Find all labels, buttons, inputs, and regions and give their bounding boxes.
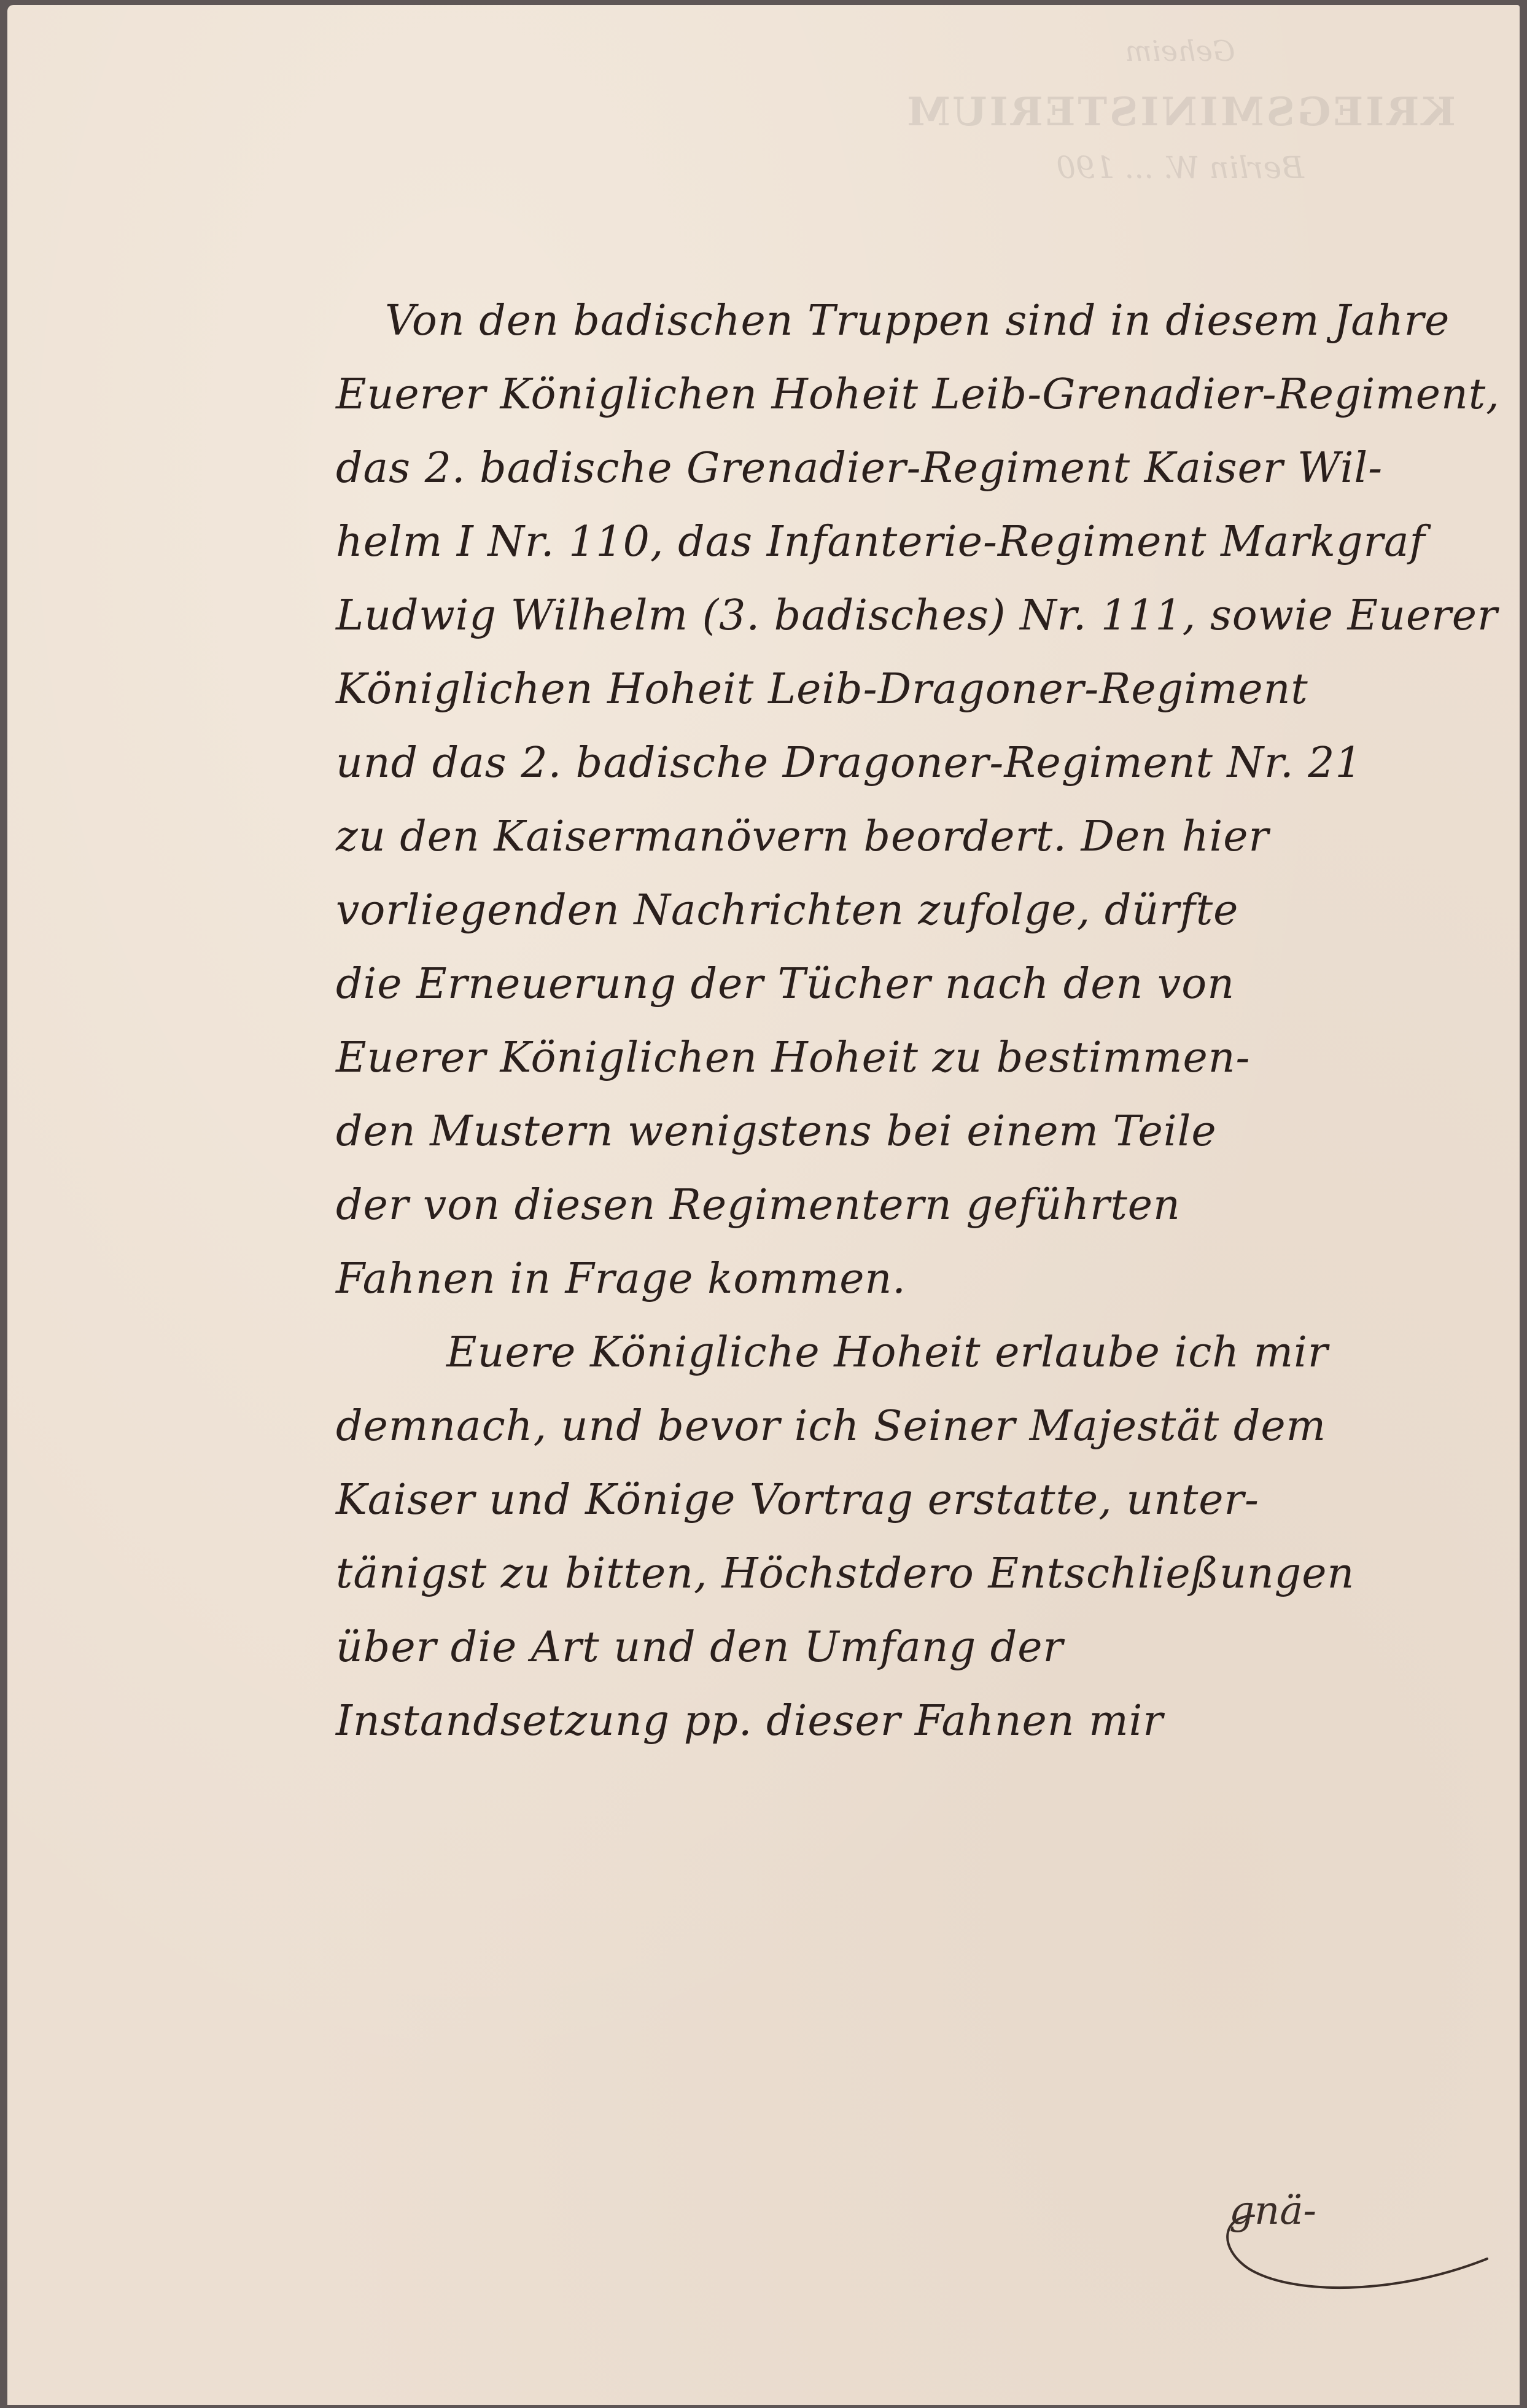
body-line-10: die Erneuerung der Tücher nach den von <box>336 948 1521 1021</box>
bleed-ministry-name: KRIEGSMINISTERIUM <box>904 85 1456 140</box>
catchword-swash-icon <box>1211 2210 1493 2296</box>
body-line-8: zu den Kaisermanövern beordert. Den hier <box>336 800 1521 874</box>
body-line-11: Euerer Königlichen Hoheit zu bestimmen- <box>336 1021 1521 1095</box>
body-line-12: den Mustern wenigstens bei einem Teile <box>336 1095 1521 1169</box>
bleed-classification: Geheim <box>904 17 1456 85</box>
body-line-1: Von den badischen Truppen sind in diesem… <box>336 284 1521 358</box>
body-line-7: und das 2. badische Dragoner-Regiment Nr… <box>336 727 1521 800</box>
body-line-5: Ludwig Wilhelm (3. badisches) Nr. 111, s… <box>336 579 1521 653</box>
body-line-17: Kaiser und Könige Vortrag erstatte, unte… <box>336 1463 1521 1537</box>
body-line-3: das 2. badische Grenadier-Regiment Kaise… <box>336 432 1521 505</box>
letterhead-bleed-through: Geheim KRIEGSMINISTERIUM Berlin W. ... 1… <box>904 17 1456 201</box>
body-line-9: vorliegenden Nachrichten zufolge, dürfte <box>336 874 1521 948</box>
body-line-20: Instandsetzung pp. dieser Fahnen mir <box>336 1685 1521 1758</box>
body-line-15: Euere Königliche Hoheit erlaube ich mir <box>336 1316 1521 1390</box>
bleed-place-date: Berlin W. ... 190 <box>904 140 1456 195</box>
body-line-18: tänigst zu bitten, Höchstdero Entschließ… <box>336 1537 1521 1611</box>
body-line-13: der von diesen Regimentern geführten <box>336 1169 1521 1242</box>
body-line-4: helm I Nr. 110, das Infanterie-Regiment … <box>336 505 1521 579</box>
body-line-19: über die Art und den Umfang der <box>336 1611 1521 1685</box>
body-line-16: demnach, und bevor ich Seiner Majestät d… <box>336 1390 1521 1463</box>
letter-sheet: Geheim KRIEGSMINISTERIUM Berlin W. ... 1… <box>7 5 1520 2405</box>
letter-body: Von den badischen Truppen sind in diesem… <box>336 284 1521 1758</box>
body-line-2: Euerer Königlichen Hoheit Leib-Grenadier… <box>336 358 1521 432</box>
body-line-14: Fahnen in Frage kommen. <box>336 1242 1521 1316</box>
body-line-6: Königlichen Hoheit Leib-Dragoner-Regimen… <box>336 653 1521 727</box>
